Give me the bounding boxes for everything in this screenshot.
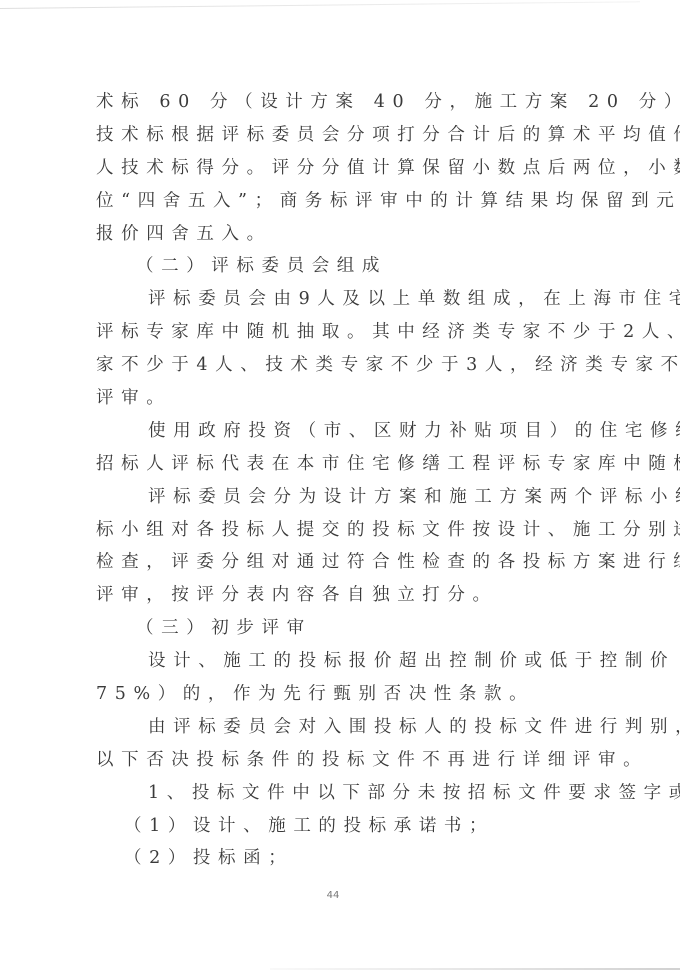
paragraph-line: 术标 60 分（设计方案 40 分，施工方案 20 分），商务标 40 分。 (96, 86, 584, 119)
section-heading-evaluation-committee: （二）评标委员会组成 (96, 250, 584, 283)
paragraph-line: 评审，按评分表内容各自独立打分。 (96, 579, 584, 612)
paragraph-line: 报价四舍五入。 (96, 218, 584, 251)
paragraph-line: 位“四舍五入”；商务标评审中的计算结果均保留到元，元以后 (96, 185, 584, 218)
paragraph-line: 以下否决投标条件的投标文件不再进行详细评审。 (96, 744, 584, 777)
paragraph-line: 评标专家库中随机抽取。其中经济类专家不少于2人、设计类专 (96, 316, 584, 349)
paragraph-line: 人技术标得分。评分分值计算保留小数点后两位，小数点后第三 (96, 152, 584, 185)
list-item-1: 1、投标文件中以下部分未按招标文件要求签字或盖章的： (96, 777, 584, 810)
paragraph-line: 75%）的，作为先行甄别否决性条款。 (96, 678, 584, 711)
paragraph-line: 技术标根据评标委员会分项打分合计后的算术平均值作为投标 (96, 119, 584, 152)
paragraph-line: 招标人评标代表在本市住宅修缮工程评标专家库中随机抽取。 (96, 448, 584, 481)
paragraph-line: 设计、施工的投标报价超出控制价或低于控制价 75%（不含 (96, 645, 584, 678)
sub-item-2: （2）投标函； (96, 842, 584, 875)
paragraph-line: 检查，评委分组对通过符合性检查的各投标方案进行综合分析和 (96, 546, 584, 579)
paragraph-line: 使用政府投资（市、区财力补贴项目）的住宅修缮工程，其 (96, 415, 584, 448)
paragraph-line: 由评标委员会对入围投标人的投标文件进行判别，对于符合 (96, 711, 584, 744)
paragraph-line: 评标委员会由9人及以上单数组成，在上海市住宅修缮工程 (96, 283, 584, 316)
document-body: 术标 60 分（设计方案 40 分，施工方案 20 分），商务标 40 分。 技… (96, 86, 584, 875)
section-heading-preliminary-review: （三）初步评审 (96, 612, 584, 645)
scan-edge-top (0, 1, 640, 9)
paragraph-line: 评标委员会分为设计方案和施工方案两个评标小组，由评 (96, 481, 584, 514)
page-number: 44 (318, 890, 348, 901)
scan-edge-bottom (270, 968, 680, 970)
paragraph-line: 评审。 (96, 382, 584, 415)
sub-item-1: （1）设计、施工的投标承诺书； (96, 810, 584, 843)
paragraph-line: 标小组对各投标人提交的投标文件按设计、施工分别进行符合性 (96, 514, 584, 547)
paragraph-line: 家不少于4人、技术类专家不少于3人，经济类专家不参加技术标 (96, 349, 584, 382)
